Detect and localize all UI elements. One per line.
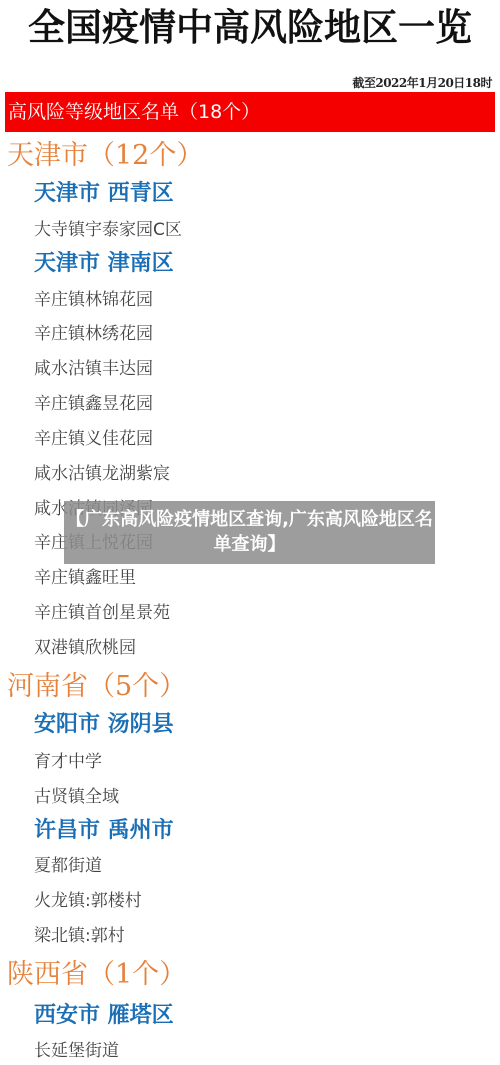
place-item: 育才中学 [34,751,102,773]
province-heading: 陕西省（1个） [7,958,186,992]
province-heading: 天津市（12个） [7,139,203,173]
province-heading: 河南省（5个） [7,670,186,704]
place-item: 梁北镇:郭村 [34,925,125,947]
place-item: 长延堡街道 [34,1040,119,1062]
place-item: 辛庄镇林绣花园 [34,323,153,345]
province-count: （12个） [88,140,203,171]
place-item: 双港镇欣桃园 [34,637,136,659]
place-item: 咸水沽镇龙湖紫宸 [34,463,170,485]
place-item: 辛庄镇鑫旺里 [34,567,136,589]
province-name: 陕西省 [7,959,88,990]
place-item: 辛庄镇林锦花园 [34,289,153,311]
place-item: 夏都街道 [34,855,102,877]
province-count: （1个） [88,959,186,990]
city-heading: 安阳市 汤阴县 [34,711,174,739]
province-count: （5个） [88,671,186,702]
city-heading: 西安市 雁塔区 [34,1002,174,1030]
place-item: 辛庄镇义佳花园 [34,428,153,450]
caption-overlay: 【广东高风险疫情地区查询,广东高风险地区名单查询】 [64,501,435,564]
high-risk-banner: 高风险等级地区名单（18个） [5,92,495,132]
place-item: 辛庄镇首创星景苑 [34,602,170,624]
place-item: 辛庄镇鑫昱花园 [34,393,153,415]
place-item: 火龙镇:郭楼村 [34,890,142,912]
province-name: 河南省 [7,671,88,702]
province-name: 天津市 [7,140,88,171]
city-heading: 许昌市 禹州市 [34,817,174,845]
page-title: 全国疫情中高风险地区一览 [0,6,500,50]
place-item: 大寺镇宇泰家园C区 [34,219,182,241]
place-item: 古贤镇全域 [34,786,119,808]
city-heading: 天津市 西青区 [34,180,174,208]
as-of-timestamp: 截至2022年1月20日18时 [352,74,492,91]
place-item: 咸水沽镇丰达园 [34,358,153,380]
city-heading: 天津市 津南区 [34,250,174,278]
